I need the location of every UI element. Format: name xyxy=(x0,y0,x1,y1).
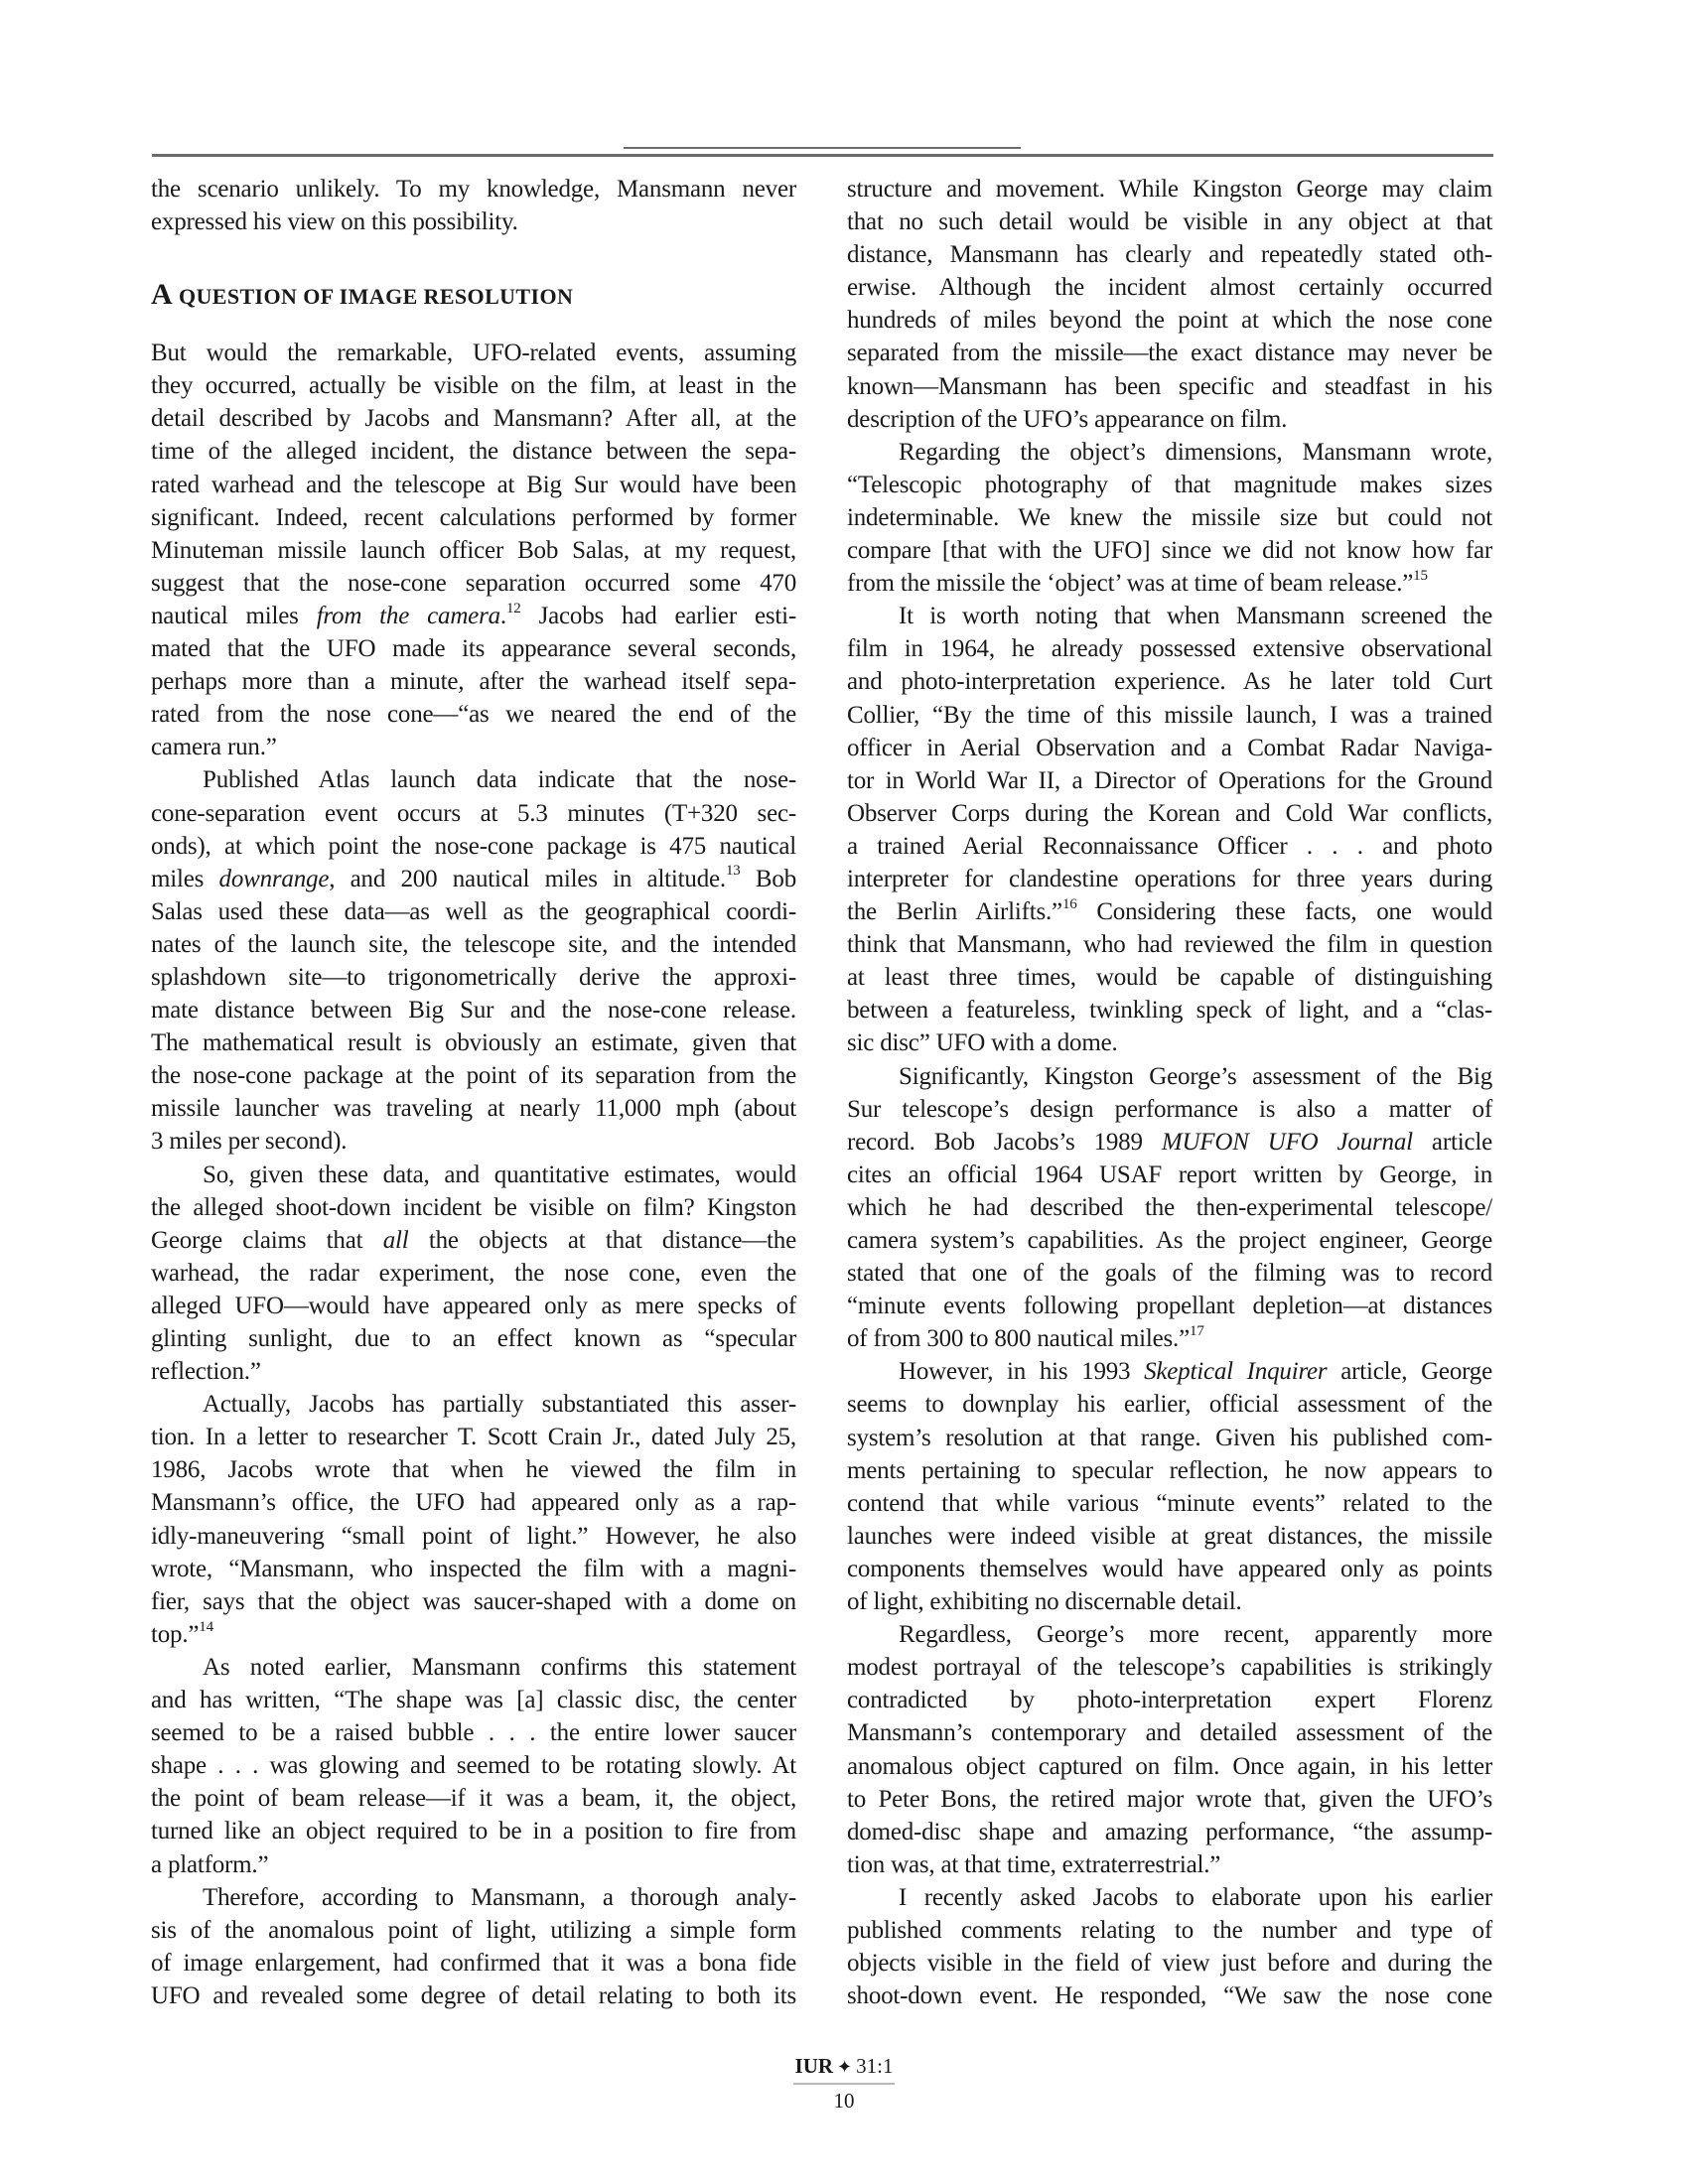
text: interpreter for clandestine operations f… xyxy=(847,866,1492,892)
paragraph: Actually, Jacobs has partially substanti… xyxy=(151,1388,796,1651)
text: published comments relating to the numbe… xyxy=(847,1917,1492,1944)
text: known—Mansmann has been specific and ste… xyxy=(847,373,1492,400)
text: Considering these facts, one would xyxy=(1077,898,1492,925)
text: Minuteman missile launch officer Bob Sal… xyxy=(151,537,796,564)
text-line: objects visible in the field of view jus… xyxy=(847,1947,1492,1979)
text: the nose-cone package at the point of it… xyxy=(151,1062,796,1089)
text-line: officer in Aerial Observation and a Comb… xyxy=(847,732,1492,764)
text-line: Therefore, according to Mansmann, a thor… xyxy=(151,1881,796,1914)
text: reflection.” xyxy=(151,1358,261,1385)
text-line: compare [that with the UFO] since we did… xyxy=(847,534,1492,567)
text-line: that no such detail would be visible in … xyxy=(847,205,1492,238)
text-line: published comments relating to the numbe… xyxy=(847,1914,1492,1947)
text-line: from the missile the ‘object’ was at tim… xyxy=(847,567,1492,600)
text: fier, says that the object was saucer-sh… xyxy=(151,1588,796,1615)
text: expressed his view on this possibility. xyxy=(151,208,518,235)
text: camera system’s capabilities. As the pro… xyxy=(847,1227,1492,1254)
text-line: expressed his view on this possibility. xyxy=(151,205,796,238)
text: Regardless, George’s more recent, appare… xyxy=(899,1621,1492,1648)
text-line: perhaps more than a minute, after the wa… xyxy=(151,665,796,698)
text: at least three times, would be capable o… xyxy=(847,964,1492,991)
text-line: domed-disc shape and amazing performance… xyxy=(847,1816,1492,1848)
italic-text: Skeptical Inquirer xyxy=(1144,1358,1327,1385)
text: indeterminable. We knew the missile size… xyxy=(847,504,1492,531)
left-column: the scenario unlikely. To my knowledge, … xyxy=(151,173,796,2012)
text: compare [that with the UFO] since we did… xyxy=(847,537,1492,564)
text-line: cone-separation event occurs at 5.3 minu… xyxy=(151,797,796,830)
text-line: alleged UFO—would have appeared only as … xyxy=(151,1290,796,1322)
text: wrote, “Mansmann, who inspected the film… xyxy=(151,1556,796,1582)
text-line: ments pertaining to specular reflection,… xyxy=(847,1454,1492,1487)
text: The mathematical result is obviously an … xyxy=(151,1029,796,1056)
text-line: idly-maneuvering “small point of light.”… xyxy=(151,1520,796,1553)
text: missile launcher was traveling at nearly… xyxy=(151,1095,796,1122)
text: turned like an object required to be in … xyxy=(151,1818,796,1844)
text-line: and has written, “The shape was [a] clas… xyxy=(151,1684,796,1716)
text: alleged UFO—would have appeared only as … xyxy=(151,1293,796,1319)
text-line: 3 miles per second). xyxy=(151,1125,796,1158)
footnote-ref: 15 xyxy=(1413,568,1428,584)
text-line: Mansmann’s contemporary and detailed ass… xyxy=(847,1716,1492,1749)
text-line: warhead, the radar experiment, the nose … xyxy=(151,1257,796,1290)
text-line: to Peter Bons, the retired major wrote t… xyxy=(847,1783,1492,1816)
text-line: contend that while various “minute event… xyxy=(847,1487,1492,1520)
text-line: interpreter for clandestine operations f… xyxy=(847,863,1492,895)
text: record. Bob Jacobs’s 1989 xyxy=(847,1129,1162,1156)
text: from the missile the ‘object’ was at tim… xyxy=(847,570,1413,597)
text-line: Observer Corps during the Korean and Col… xyxy=(847,797,1492,830)
text: hundreds of miles beyond the point at wh… xyxy=(847,307,1492,334)
text-line: “Telescopic photography of that magnitud… xyxy=(847,469,1492,501)
text: officer in Aerial Observation and a Comb… xyxy=(847,735,1492,761)
text: contend that while various “minute event… xyxy=(847,1490,1492,1517)
text-line: nates of the launch site, the telescope … xyxy=(151,928,796,961)
text: the alleged shoot-down incident be visib… xyxy=(151,1194,796,1221)
text-line: sis of the anomalous point of light, uti… xyxy=(151,1914,796,1947)
text: description of the UFO’s appearance on f… xyxy=(847,406,1287,433)
italic-text: MUFON UFO Journal xyxy=(1162,1129,1413,1156)
text-line: separated from the missile—the exact dis… xyxy=(847,337,1492,369)
text: UFO and revealed some degree of detail r… xyxy=(151,1982,796,2009)
text: onds), at which point the nose-cone pack… xyxy=(151,833,796,860)
text-line: which he had described the then-experime… xyxy=(847,1191,1492,1224)
header-short-rule xyxy=(624,147,1021,149)
page-number: 10 xyxy=(0,2087,1688,2115)
text: sis of the anomalous point of light, uti… xyxy=(151,1917,796,1944)
text: Observer Corps during the Korean and Col… xyxy=(847,800,1492,827)
text: rated from the nose cone—“as we neared t… xyxy=(151,701,796,728)
text: perhaps more than a minute, after the wa… xyxy=(151,668,796,695)
text-line: UFO and revealed some degree of detail r… xyxy=(151,1979,796,2012)
diamond-icon: ✦ xyxy=(837,2057,852,2077)
text-line: cites an official 1964 USAF report writt… xyxy=(847,1159,1492,1191)
text-line: onds), at which point the nose-cone pack… xyxy=(151,830,796,863)
text: shape . . . was glowing and seemed to be… xyxy=(151,1752,796,1779)
text: the objects at that distance—the xyxy=(409,1227,796,1254)
text-line: tion. In a letter to researcher T. Scott… xyxy=(151,1421,796,1453)
text: Published Atlas launch data indicate tha… xyxy=(203,766,796,793)
paragraph: Therefore, according to Mansmann, a thor… xyxy=(151,1881,796,2012)
text-line: As noted earlier, Mansmann confirms this… xyxy=(151,1651,796,1684)
text-line: turned like an object required to be in … xyxy=(151,1815,796,1847)
journal-name: IUR xyxy=(795,2054,834,2078)
text-line: missile launcher was traveling at nearly… xyxy=(151,1092,796,1125)
text: the point of beam release—if it was a be… xyxy=(151,1785,796,1812)
text: modest portrayal of the telescope’s capa… xyxy=(847,1654,1492,1681)
issue-number: 31:1 xyxy=(856,2054,893,2078)
text: It is worth noting that when Mansmann sc… xyxy=(899,603,1492,629)
text-line: It is worth noting that when Mansmann sc… xyxy=(847,600,1492,632)
footnote-ref: 14 xyxy=(199,1619,213,1635)
text: I recently asked Jacobs to elaborate upo… xyxy=(899,1884,1492,1911)
text: sic disc” UFO with a dome. xyxy=(847,1029,1118,1056)
text-line: top.”14 xyxy=(151,1618,796,1651)
text-line: tion was, at that time, extraterrestrial… xyxy=(847,1848,1492,1881)
text: the Berlin Airlifts.” xyxy=(847,898,1062,925)
text-line: camera system’s capabilities. As the pro… xyxy=(847,1224,1492,1257)
text-line: camera run.” xyxy=(151,731,796,763)
text: article xyxy=(1413,1129,1492,1156)
text-line: contradicted by photo-interpretation exp… xyxy=(847,1684,1492,1716)
text-line: a trained Aerial Reconnaissance Officer … xyxy=(847,830,1492,863)
text-line: splashdown site—to trigonometrically der… xyxy=(151,961,796,994)
paragraph: It is worth noting that when Mansmann sc… xyxy=(847,600,1492,1059)
text-line: significant. Indeed, recent calculations… xyxy=(151,501,796,534)
text-line: Regarding the object’s dimensions, Mansm… xyxy=(847,436,1492,469)
text: that no such detail would be visible in … xyxy=(847,208,1492,235)
text: structure and movement. While Kingston G… xyxy=(847,176,1492,203)
heading-initial: A xyxy=(151,278,173,311)
text: Collier, “By the time of this missile la… xyxy=(847,702,1492,729)
text-line: mate distance between Big Sur and the no… xyxy=(151,994,796,1026)
text-line: nautical miles from the camera.12 Jacobs… xyxy=(151,600,796,632)
text: George claims that xyxy=(151,1227,383,1254)
text: significant. Indeed, recent calculations… xyxy=(151,504,796,531)
text-line: However, in his 1993 Skeptical Inquirer … xyxy=(847,1355,1492,1388)
text-line: and photo-interpretation experience. As … xyxy=(847,665,1492,698)
text: of light, exhibiting no discernable deta… xyxy=(847,1588,1242,1615)
text-line: the nose-cone package at the point of it… xyxy=(151,1059,796,1092)
text-line: structure and movement. While Kingston G… xyxy=(847,173,1492,205)
text: think that Mansmann, who had reviewed th… xyxy=(847,931,1492,958)
text-line: Mansmann’s office, the UFO had appeared … xyxy=(151,1486,796,1519)
text-line: George claims that all the objects at th… xyxy=(151,1224,796,1257)
text: tion. In a letter to researcher T. Scott… xyxy=(151,1424,796,1450)
text-line: the scenario unlikely. To my knowledge, … xyxy=(151,173,796,205)
text: domed-disc shape and amazing performance… xyxy=(847,1819,1492,1845)
text: tor in World War II, a Director of Opera… xyxy=(847,767,1492,794)
text-line: So, given these data, and quantitative e… xyxy=(151,1159,796,1191)
text: of from 300 to 800 nautical miles.” xyxy=(847,1325,1190,1352)
text: cites an official 1964 USAF report writt… xyxy=(847,1161,1492,1188)
text: detail described by Jacobs and Mansmann?… xyxy=(151,405,796,432)
paragraph: I recently asked Jacobs to elaborate upo… xyxy=(847,1881,1492,2012)
text: Bob xyxy=(741,866,796,892)
text-line: detail described by Jacobs and Mansmann?… xyxy=(151,402,796,435)
text: Mansmann’s contemporary and detailed ass… xyxy=(847,1719,1492,1746)
text-line: rated from the nose cone—“as we neared t… xyxy=(151,698,796,731)
text-line: hundreds of miles beyond the point at wh… xyxy=(847,304,1492,337)
footnote-ref: 13 xyxy=(726,863,741,879)
text-line: rated warhead and the telescope at Big S… xyxy=(151,469,796,501)
text: seemed to be a raised bubble . . . the e… xyxy=(151,1719,796,1746)
text: time of the alleged incident, the distan… xyxy=(151,438,796,465)
text: and has written, “The shape was [a] clas… xyxy=(151,1687,796,1713)
text: erwise. Although the incident almost cer… xyxy=(847,274,1492,301)
italic-text: all xyxy=(383,1227,409,1254)
text-line: Sur telescope’s design performance is al… xyxy=(847,1093,1492,1126)
text-line: The mathematical result is obviously an … xyxy=(151,1026,796,1059)
text-line: system’s resolution at that range. Given… xyxy=(847,1422,1492,1454)
text: seems to downplay his earlier, official … xyxy=(847,1391,1492,1418)
text-line: distance, Mansmann has clearly and repea… xyxy=(847,238,1492,271)
paragraph: Significantly, Kingston George’s assessm… xyxy=(847,1060,1492,1356)
text: mate distance between Big Sur and the no… xyxy=(151,997,796,1024)
italic-text: downrange xyxy=(219,866,330,892)
text-line: the Berlin Airlifts.”16 Considering thes… xyxy=(847,895,1492,928)
text-line: But would the remarkable, UFO-related ev… xyxy=(151,337,796,369)
text-line: modest portrayal of the telescope’s capa… xyxy=(847,1651,1492,1684)
text: system’s resolution at that range. Given… xyxy=(847,1425,1492,1451)
text-line: suggest that the nose-cone separation oc… xyxy=(151,567,796,600)
text-line: wrote, “Mansmann, who inspected the film… xyxy=(151,1553,796,1585)
text: So, given these data, and quantitative e… xyxy=(203,1161,796,1188)
paragraph: the scenario unlikely. To my knowledge, … xyxy=(151,173,796,238)
text: But would the remarkable, UFO-related ev… xyxy=(151,340,796,366)
text: cone-separation event occurs at 5.3 minu… xyxy=(151,800,796,827)
text: “minute events following propellant depl… xyxy=(847,1293,1492,1319)
text-line: a platform.” xyxy=(151,1848,796,1881)
text-line: time of the alleged incident, the distan… xyxy=(151,435,796,468)
text: Salas used these data—as well as the geo… xyxy=(151,898,796,925)
text-line: known—Mansmann has been specific and ste… xyxy=(847,370,1492,403)
journal-issue: IUR✦31:1 xyxy=(793,2053,896,2085)
header-rule xyxy=(152,154,1493,157)
footnote-ref: 17 xyxy=(1190,1323,1204,1339)
text: Sur telescope’s design performance is al… xyxy=(847,1096,1492,1123)
text: warhead, the radar experiment, the nose … xyxy=(151,1260,796,1287)
text-line: “minute events following propellant depl… xyxy=(847,1290,1492,1322)
text: “Telescopic photography of that magnitud… xyxy=(847,472,1492,498)
text: miles xyxy=(151,866,219,892)
text-line: shape . . . was glowing and seemed to be… xyxy=(151,1749,796,1782)
text-line: think that Mansmann, who had reviewed th… xyxy=(847,928,1492,961)
paragraph: So, given these data, and quantitative e… xyxy=(151,1159,796,1389)
text: top.” xyxy=(151,1621,199,1648)
italic-text: from the camera xyxy=(317,603,500,629)
text: a platform.” xyxy=(151,1851,268,1878)
text: and photo-interpretation experience. As … xyxy=(847,668,1492,695)
text: As noted earlier, Mansmann confirms this… xyxy=(203,1654,796,1681)
text-line: Significantly, Kingston George’s assessm… xyxy=(847,1060,1492,1093)
text: rated warhead and the telescope at Big S… xyxy=(151,472,796,498)
text-line: Actually, Jacobs has partially substanti… xyxy=(151,1388,796,1421)
text: Regarding the object’s dimensions, Mansm… xyxy=(899,439,1492,466)
text-line: Salas used these data—as well as the geo… xyxy=(151,895,796,928)
text: mated that the UFO made its appearance s… xyxy=(151,635,796,662)
heading-text: question of image resolution xyxy=(173,284,573,309)
text-line: fier, says that the object was saucer-sh… xyxy=(151,1585,796,1618)
text-line: components themselves would have appeare… xyxy=(847,1553,1492,1585)
text: the scenario unlikely. To my knowledge, … xyxy=(151,176,796,203)
text: shoot-down event. He responded, “We saw … xyxy=(847,1982,1492,2009)
text-line: seems to downplay his earlier, official … xyxy=(847,1388,1492,1421)
text: film in 1964, he already possessed exten… xyxy=(847,635,1492,662)
text: Therefore, according to Mansmann, a thor… xyxy=(203,1884,796,1911)
text: between a featureless, twinkling speck o… xyxy=(847,997,1492,1024)
footnote-ref: 12 xyxy=(506,601,521,616)
text-line: shoot-down event. He responded, “We saw … xyxy=(847,1979,1492,2012)
text-line: stated that one of the goals of the film… xyxy=(847,1257,1492,1290)
footnote-ref: 16 xyxy=(1062,896,1077,912)
text: separated from the missile—the exact dis… xyxy=(847,340,1492,366)
paragraph: But would the remarkable, UFO-related ev… xyxy=(151,337,796,763)
text-line: the alleged shoot-down incident be visib… xyxy=(151,1191,796,1224)
text: tion was, at that time, extraterrestrial… xyxy=(847,1851,1220,1878)
text: anomalous object captured on film. Once … xyxy=(847,1753,1492,1780)
text: ments pertaining to specular reflection,… xyxy=(847,1457,1492,1484)
text-line: tor in World War II, a Director of Opera… xyxy=(847,764,1492,797)
text: , and 200 nautical miles in altitude. xyxy=(329,866,726,892)
text-line: Minuteman missile launch officer Bob Sal… xyxy=(151,534,796,567)
text-line: 1986, Jacobs wrote that when he viewed t… xyxy=(151,1453,796,1486)
text-line: Collier, “By the time of this missile la… xyxy=(847,699,1492,732)
paragraph: structure and movement. While Kingston G… xyxy=(847,173,1492,436)
text-line: seemed to be a raised bubble . . . the e… xyxy=(151,1716,796,1749)
text-line: erwise. Although the incident almost cer… xyxy=(847,271,1492,304)
text-line: they occurred, actually be visible on th… xyxy=(151,369,796,402)
text: suggest that the nose-cone separation oc… xyxy=(151,570,796,597)
text-line: the point of beam release—if it was a be… xyxy=(151,1782,796,1815)
text-line: mated that the UFO made its appearance s… xyxy=(151,632,796,665)
text-line: reflection.” xyxy=(151,1355,796,1388)
text: splashdown site—to trigonometrically der… xyxy=(151,964,796,991)
text-line: of image enlargement, had confirmed that… xyxy=(151,1947,796,1979)
text-line: launches were indeed visible at great di… xyxy=(847,1520,1492,1553)
text: idly-maneuvering “small point of light.”… xyxy=(151,1523,796,1550)
section-heading: A question of image resolution xyxy=(151,275,796,315)
text: to Peter Bons, the retired major wrote t… xyxy=(847,1786,1492,1813)
text: Significantly, Kingston George’s assessm… xyxy=(899,1063,1492,1090)
right-column: structure and movement. While Kingston G… xyxy=(847,173,1492,2012)
text: nautical miles xyxy=(151,603,317,629)
text: 3 miles per second). xyxy=(151,1128,347,1155)
text: Jacobs had earlier esti- xyxy=(521,603,796,629)
text: nates of the launch site, the telescope … xyxy=(151,931,796,958)
text: they occurred, actually be visible on th… xyxy=(151,372,796,399)
text-line: indeterminable. We knew the missile size… xyxy=(847,501,1492,534)
text: contradicted by photo-interpretation exp… xyxy=(847,1687,1492,1713)
text-line: record. Bob Jacobs’s 1989 MUFON UFO Jour… xyxy=(847,1126,1492,1159)
text-line: film in 1964, he already possessed exten… xyxy=(847,632,1492,665)
text-line: miles downrange, and 200 nautical miles … xyxy=(151,863,796,895)
page-footer: IUR✦31:1 10 xyxy=(0,2053,1688,2115)
text-line: I recently asked Jacobs to elaborate upo… xyxy=(847,1881,1492,1914)
text-line: Regardless, George’s more recent, appare… xyxy=(847,1618,1492,1651)
text: glinting sunlight, due to an effect know… xyxy=(151,1325,796,1352)
text: components themselves would have appeare… xyxy=(847,1556,1492,1582)
text: objects visible in the field of view jus… xyxy=(847,1950,1492,1977)
text: Actually, Jacobs has partially substanti… xyxy=(203,1391,796,1418)
text-line: at least three times, would be capable o… xyxy=(847,961,1492,994)
text: distance, Mansmann has clearly and repea… xyxy=(847,241,1492,268)
paragraph: As noted earlier, Mansmann confirms this… xyxy=(151,1651,796,1881)
text-line: of from 300 to 800 nautical miles.”17 xyxy=(847,1322,1492,1355)
text-line: between a featureless, twinkling speck o… xyxy=(847,994,1492,1026)
text: However, in his 1993 xyxy=(899,1358,1144,1385)
text-line: sic disc” UFO with a dome. xyxy=(847,1026,1492,1059)
text: 1986, Jacobs wrote that when he viewed t… xyxy=(151,1456,796,1483)
text: article, George xyxy=(1327,1358,1492,1385)
text-line: Published Atlas launch data indicate tha… xyxy=(151,763,796,796)
paragraph: However, in his 1993 Skeptical Inquirer … xyxy=(847,1355,1492,1618)
text-line: anomalous object captured on film. Once … xyxy=(847,1750,1492,1783)
text-line: glinting sunlight, due to an effect know… xyxy=(151,1322,796,1355)
text-line: description of the UFO’s appearance on f… xyxy=(847,403,1492,436)
text: stated that one of the goals of the film… xyxy=(847,1260,1492,1287)
text-line: of light, exhibiting no discernable deta… xyxy=(847,1585,1492,1618)
paragraph: Published Atlas launch data indicate tha… xyxy=(151,763,796,1158)
text: which he had described the then-experime… xyxy=(847,1194,1492,1221)
text: launches were indeed visible at great di… xyxy=(847,1523,1492,1550)
text: Mansmann’s office, the UFO had appeared … xyxy=(151,1489,796,1516)
text: of image enlargement, had confirmed that… xyxy=(151,1950,796,1977)
text: a trained Aerial Reconnaissance Officer … xyxy=(847,833,1492,860)
paragraph: Regarding the object’s dimensions, Mansm… xyxy=(847,436,1492,600)
text: camera run.” xyxy=(151,734,277,760)
paragraph: Regardless, George’s more recent, appare… xyxy=(847,1618,1492,1881)
